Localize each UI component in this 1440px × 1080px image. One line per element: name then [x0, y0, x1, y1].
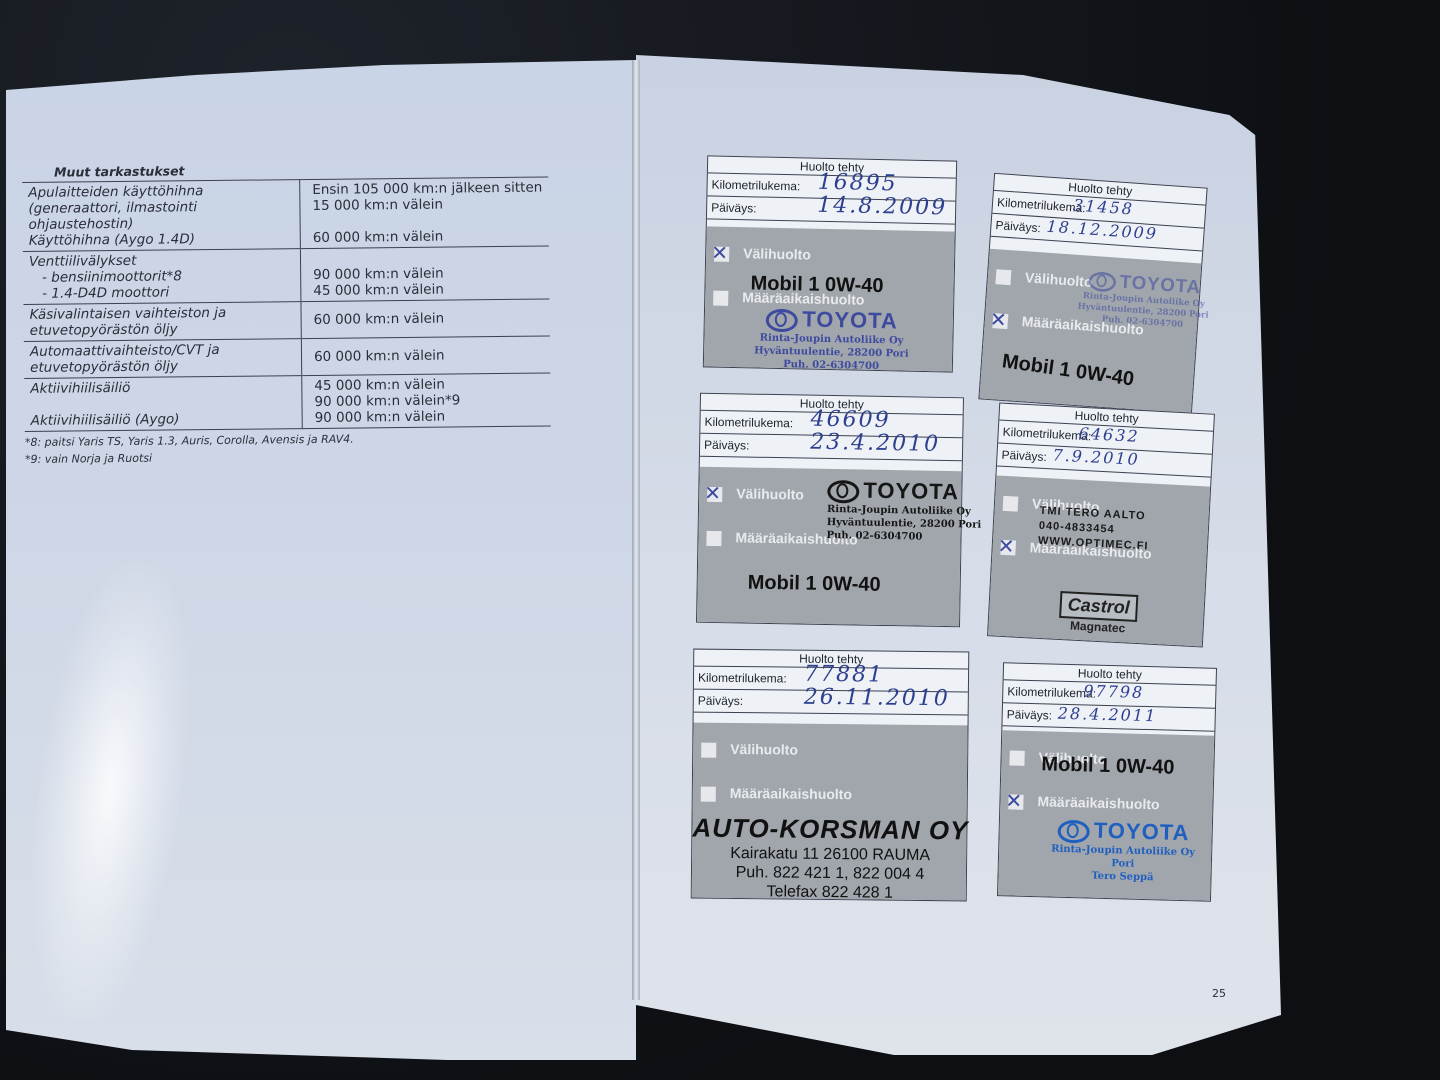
km-value: 64632 [1078, 423, 1140, 448]
toyota-logo-icon [766, 308, 798, 332]
date-value: 23.4.2010 [810, 432, 940, 456]
card-body: Välihuolto Määräaikaishuolto TMI TERO AA… [988, 475, 1210, 646]
checkbox[interactable] [1009, 750, 1024, 765]
item: Apulaitteiden käyttöhihna (generaattori,… [28, 183, 203, 233]
date-row: Päiväys:28.4.2011 [1002, 703, 1215, 732]
interim-service-option[interactable]: Välihuolto [707, 485, 804, 503]
date-value: 28.4.2011 [1057, 703, 1157, 728]
interim-service-option[interactable]: Välihuolto [714, 245, 811, 264]
card-body: Välihuolto Määräaikaishuolto Mobil 1 0W-… [998, 730, 1214, 900]
checkbox[interactable] [701, 742, 716, 757]
card-body: Välihuolto Määräaikaishuolto Mobil 1 0W-… [704, 226, 955, 371]
checkbox[interactable] [1003, 496, 1019, 512]
oil-stamp: Mobil 1 0W-40 [748, 572, 881, 597]
km-value: 31458 [1072, 194, 1134, 220]
toyota-dealer-stamp: TOYOTA Rinta-Joupin Autoliike OyHyväntuu… [826, 477, 982, 545]
checkbox[interactable] [992, 313, 1008, 329]
oil-stamp: Mobil 1 0W-40 [1001, 350, 1136, 391]
date-value: 26.11.2010 [804, 687, 950, 711]
table-row: Käsivalintaisen vaihteiston ja etuvetopy… [23, 299, 549, 342]
oil-stamp: Mobil 1 0W-40 [750, 272, 883, 298]
footnotes: *8: paitsi Yaris TS, Yaris 1.3, Auris, C… [25, 428, 551, 468]
book-spine [632, 60, 640, 1000]
toyota-dealer-stamp: TOYOTA Rinta-Joupin Autoliike OyPoriTero… [1050, 817, 1196, 886]
checkbox[interactable] [713, 290, 728, 305]
checkbox[interactable] [995, 269, 1011, 285]
service-record-card: Huolto tehty Kilometrilukema:16895 Päivä… [703, 155, 957, 372]
card-body: Välihuolto Määräaikaishuolto AUTO-KORSMA… [692, 723, 968, 901]
date-row: Päiväys:14.8.2009 [707, 196, 955, 224]
page-number: 25 [1212, 987, 1226, 1000]
checkbox[interactable] [714, 246, 729, 261]
tmi-stamp: TMI TERO AALTO040-4833454WWW.OPTIMEC.FI [1038, 504, 1151, 555]
oil-stamp: Mobil 1 0W-40 [1041, 753, 1175, 779]
km-value: 77881 [804, 664, 884, 687]
km-value: 97798 [1083, 680, 1144, 704]
date-row: Päiväys:26.11.2010 [694, 690, 968, 716]
km-value: 16895 [817, 172, 897, 196]
km-value: 46609 [810, 409, 890, 432]
korsman-stamp: AUTO-KORSMAN OYKairakatu 11 26100 RAUMAP… [680, 812, 981, 903]
card-body: Välihuolto Määräaikaishuolto TOYOTA Rint… [979, 249, 1201, 413]
checkbox[interactable] [706, 531, 721, 546]
date-value: 7.9.2010 [1052, 444, 1140, 471]
table-row: AktiivihiilisäiliöAktiivihiilisäiliö (Ay… [24, 373, 551, 432]
toyota-logo-icon [1088, 271, 1116, 292]
service-record-card: Huolto tehty Kilometrilukema:46609 Päivä… [696, 393, 964, 628]
table-row: Apulaitteiden käyttöhihna (generaattori,… [22, 177, 549, 252]
date-value: 14.8.2009 [817, 195, 947, 220]
castrol-stamp: CastrolMagnatec [1058, 591, 1138, 636]
interim-service-option[interactable]: Välihuolto [701, 741, 798, 759]
table-row: Automaattivaihteisto/CVT ja etuvetopyörä… [24, 336, 550, 379]
toyota-dealer-stamp: TOYOTA Rinta-Joupin Autoliike OyHyväntuu… [754, 305, 910, 373]
scheduled-service-option[interactable]: Määräaikaishuolto [701, 785, 852, 803]
date-row: Päiväys:23.4.2010 [700, 434, 962, 462]
maintenance-table: Muut tarkastukset Apulaitteiden käyttöhi… [22, 159, 551, 467]
service-record-card: Huolto tehty Kilometrilukema:77881 Päivä… [691, 649, 970, 902]
service-record-card: Huolto tehty Kilometrilukema:64632 Päivä… [987, 403, 1215, 648]
table-row: Venttiilivälykset - bensiinimoottorit*8 … [23, 246, 550, 305]
toyota-dealer-stamp: TOYOTA Rinta-Joupin Autoliike OyHyväntuu… [1076, 268, 1211, 332]
checkbox[interactable] [701, 786, 716, 801]
card-body: Välihuolto Määräaikaishuolto TOYOTA Rint… [697, 467, 962, 627]
service-record-card: Huolto tehty Kilometrilukema:97798 Päivä… [997, 662, 1217, 902]
toyota-logo-icon [1058, 819, 1091, 843]
toyota-logo-icon [827, 480, 859, 504]
checkbox[interactable] [1000, 540, 1016, 556]
service-record-card: Huolto tehty Kilometrilukema:31458 Päivä… [978, 173, 1207, 414]
checkbox[interactable] [707, 487, 722, 502]
scheduled-service-option[interactable]: Määräaikaishuolto [1008, 792, 1160, 813]
checkbox[interactable] [1008, 794, 1023, 809]
